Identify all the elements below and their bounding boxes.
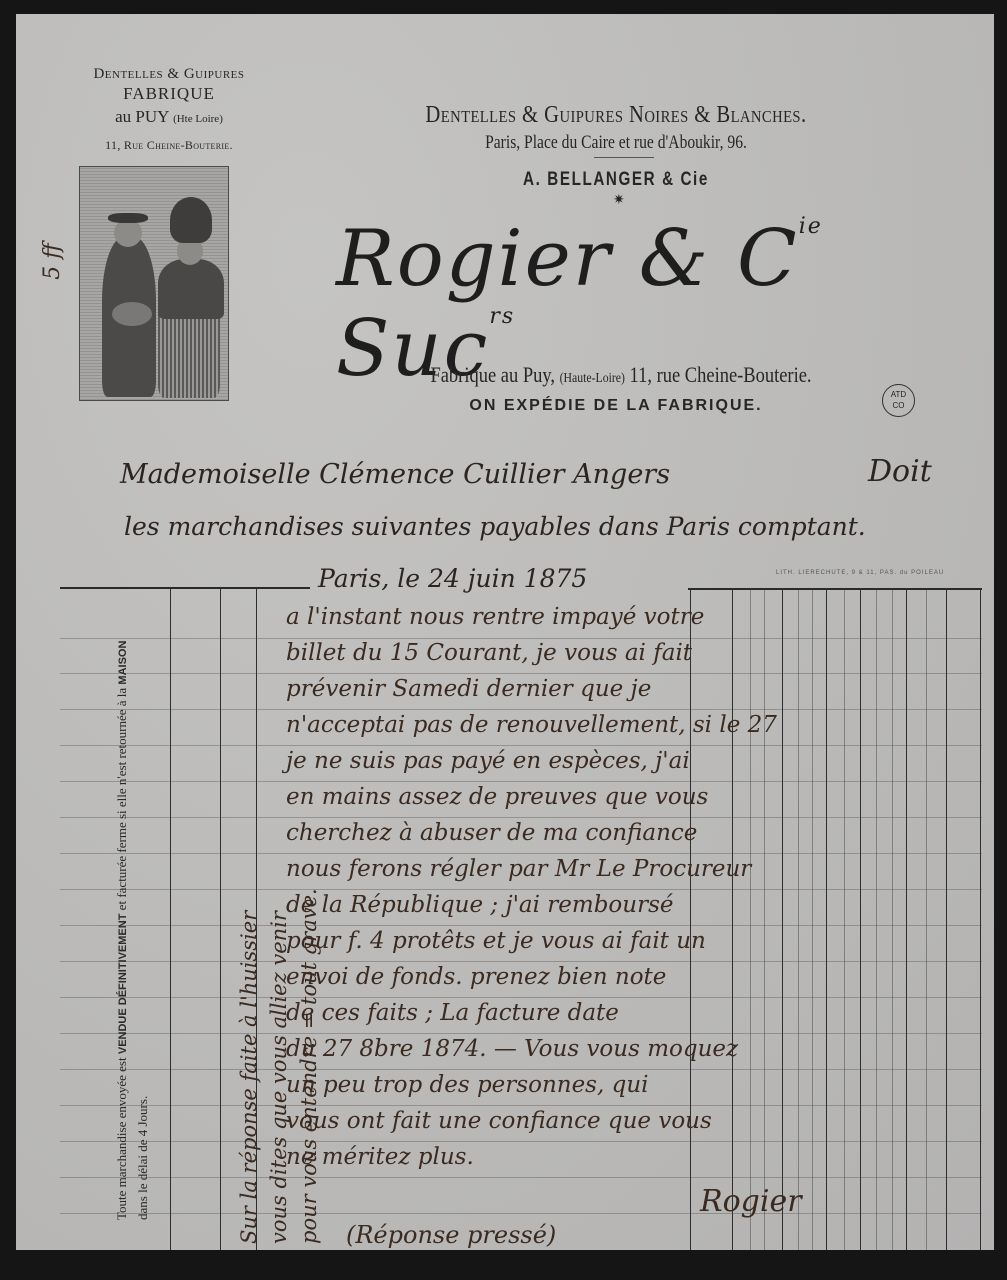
factory-address: Fabrique au Puy, (Haute-Loire) 11, rue C… <box>365 362 877 388</box>
row-rule <box>60 781 982 782</box>
row-rule <box>60 1105 982 1106</box>
ornament-rule <box>594 157 654 158</box>
letterhead-address: Paris, Place du Caire et rue d'Aboukir, … <box>362 132 870 154</box>
letterhead-title: Dentelles & Guipures Noires & Blanches. <box>349 102 882 129</box>
body-line: du 27 8bre 1874. — Vous vous moquez <box>286 1036 738 1062</box>
lace-pillow <box>112 302 152 326</box>
left-header-line1: Dentelles & Guipures <box>62 66 276 83</box>
printed-sale-terms: Toute marchandise envoyée est VENDUE DÉF… <box>112 620 152 1220</box>
payment-terms-line: les marchandises suivantes payables dans… <box>124 512 866 541</box>
body-line: nous ferons régler par Mr Le Procureur <box>286 856 751 882</box>
body-line: vous ont fait une confiance que vous <box>286 1108 712 1134</box>
terms-bold: VENDUE DÉFINITIVEMENT <box>117 914 129 1055</box>
body-line: je ne suis pas payé en espèces, j'ai <box>286 748 690 774</box>
column-rule <box>980 588 981 1250</box>
margin-annotation: 5 ff <box>40 243 65 280</box>
factory-prefix: Fabrique au Puy, <box>430 362 555 387</box>
lace-makers-engraving <box>79 166 229 401</box>
row-rule <box>60 961 982 962</box>
row-rule <box>60 673 982 674</box>
body-line: envoi de fonds. prenez bien note <box>286 964 666 990</box>
body-line: de la République ; j'ai remboursé <box>286 892 674 918</box>
invoice-letter: 5 ff Dentelles & Guipures FABRIQUE au PU… <box>16 14 994 1250</box>
row-rule <box>60 997 982 998</box>
terms-text: dans le délai de 4 Jours. <box>135 1096 150 1220</box>
column-rule <box>170 588 171 1250</box>
column-fine-rule <box>892 588 893 1250</box>
left-header-line2: FABRIQUE <box>62 84 276 104</box>
terms-bold: MAISON <box>117 641 129 685</box>
body-line: prévenir Samedi dernier que je <box>286 676 651 702</box>
column-fine-rule <box>750 588 751 1250</box>
body-line: un peu trop des personnes, qui <box>286 1072 649 1098</box>
terms-text: Toute marchandise envoyée est <box>114 1054 129 1220</box>
stamp-bottom-text: CO <box>883 400 914 411</box>
column-rule <box>220 588 221 1250</box>
row-rule <box>60 638 982 639</box>
terms-text: et facturée ferme si elle n'est retourné… <box>114 685 129 914</box>
predecessor-firm: A. BELLANGER & Cie <box>368 169 864 191</box>
figure-left-head <box>114 219 142 247</box>
left-header-puy: au PUY <box>115 107 169 126</box>
left-header-line3: au PUY (Hte Loire) <box>62 107 276 127</box>
column-rule <box>826 588 827 1250</box>
row-rule <box>60 817 982 818</box>
factory-street: 11, rue Cheine-Bouterie. <box>630 362 812 387</box>
column-fine-rule <box>926 588 927 1250</box>
row-rule <box>60 853 982 854</box>
row-rule <box>60 889 982 890</box>
factory-region: (Haute-Loire) <box>560 371 625 386</box>
printer-credit: LITH. LIERECHUTE, 9 & 11, PAS. du POILEA… <box>776 570 944 576</box>
column-rule <box>946 588 947 1250</box>
body-line: ne méritez plus. <box>286 1144 474 1170</box>
row-rule <box>60 709 982 710</box>
column-rule <box>782 588 783 1250</box>
margin-note-line: Sur la réponse faite à l'huissier <box>234 624 264 1244</box>
column-fine-rule <box>764 588 765 1250</box>
body-line: a l'instant nous rentre impayé votre <box>286 604 704 630</box>
body-line: pour f. 4 protêts et je vous ai fait un <box>286 928 706 954</box>
firm-name-sup: ie <box>799 214 823 239</box>
row-rule <box>60 1177 982 1178</box>
row-rule <box>60 1069 982 1070</box>
column-fine-rule <box>812 588 813 1250</box>
body-line: billet du 15 Courant, je vous ai fait <box>286 640 692 666</box>
body-line: en mains assez de preuves que vous <box>286 784 708 810</box>
row-rule <box>60 925 982 926</box>
stamp-top-text: ATD <box>883 389 914 400</box>
shipping-note: ON EXPÉDIE DE LA FABRIQUE. <box>306 397 926 415</box>
row-rule <box>60 1033 982 1034</box>
column-rule <box>732 588 733 1250</box>
column-fine-rule <box>798 588 799 1250</box>
body-line: de ces faits ; La facture date <box>286 1000 619 1026</box>
column-fine-rule <box>876 588 877 1250</box>
body-line: cherchez à abuser de ma confiance <box>286 820 697 846</box>
figure-right-headdress <box>170 197 212 243</box>
column-fine-rule <box>844 588 845 1250</box>
signature: Rogier <box>700 1184 802 1219</box>
star-ornament: ✷ <box>613 192 625 209</box>
left-header-address: 11, Rue Cheine-Bouterie. <box>62 138 276 153</box>
column-rule <box>860 588 861 1250</box>
figure-right-shawl <box>158 259 224 319</box>
doit-label: Doit <box>868 454 932 489</box>
row-rule <box>60 745 982 746</box>
archive-stamp: ATD CO <box>882 384 915 417</box>
column-rule <box>906 588 907 1250</box>
row-rule <box>60 1141 982 1142</box>
firm-name-main: Rogier & C <box>336 214 799 304</box>
figure-left-hat <box>108 213 148 223</box>
left-header-region: (Hte Loire) <box>173 113 223 125</box>
postscript-reply-note: (Réponse pressé) <box>346 1221 556 1249</box>
firm-name-sup2: rs <box>489 304 515 329</box>
body-line: n'acceptai pas de renouvellement, si le … <box>286 712 777 738</box>
row-rule <box>60 1213 982 1214</box>
recipient-line: Mademoiselle Clémence Cuillier Angers <box>120 459 670 490</box>
column-rule <box>690 588 691 1250</box>
